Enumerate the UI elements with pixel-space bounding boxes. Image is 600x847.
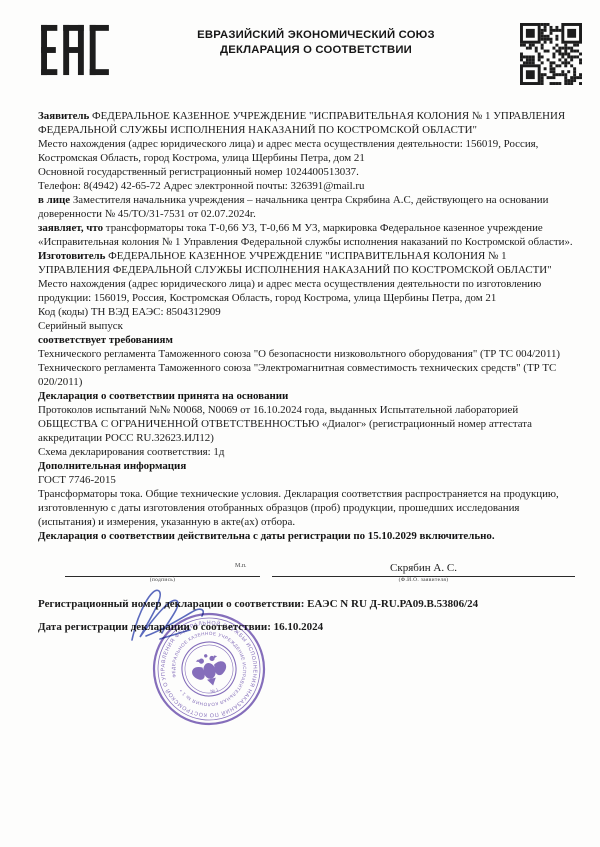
seal-place-mark: М.п. <box>235 559 247 573</box>
registration-number-value: ЕАЭС N RU Д-RU.РА09.В.53806/24 <box>307 598 478 610</box>
document-title-line2: ДЕКЛАРАЦИЯ О СООТВЕТСТВИИ <box>112 43 520 58</box>
signatory-name: Скрябин А. С. <box>272 562 575 575</box>
basis-heading-text: Декларация о соответствии принята на осн… <box>38 390 288 402</box>
basis-text: Протоколов испытаний №№ N0068, N0069 от … <box>38 403 575 445</box>
basis-heading: Декларация о соответствии принята на осн… <box>38 389 575 403</box>
complies-heading: соответствует требованиям <box>38 333 575 347</box>
registration-date-line: Дата регистрации декларации о соответств… <box>38 620 575 634</box>
regulation-item: Технического регламента Таможенного союз… <box>38 347 575 361</box>
document-body: Заявитель ФЕДЕРАЛЬНОЕ КАЗЕННОЕ УЧРЕЖДЕНИ… <box>0 85 600 634</box>
declares-text: трансформаторы тока Т-0,66 У3, Т-0,66 М … <box>38 222 573 248</box>
manufacturer-name: ФЕДЕРАЛЬНОЕ КАЗЕННОЕ УЧРЕЖДЕНИЕ "ИСПРАВИ… <box>38 250 552 276</box>
stamp-inner-ring-text: ФЕДЕРАЛЬНОЕ КАЗЕННОЕ УЧРЕЖДЕНИЕ ИСПРАВИТ… <box>163 623 255 715</box>
applicant-label: Заявитель <box>38 110 89 122</box>
applicant-address: Место нахождения (адрес юридического лиц… <box>38 137 575 165</box>
applicant-contacts: Телефон: 8(4942) 42-65-72 Адрес электрон… <box>38 179 575 193</box>
additional-heading: Дополнительная информация <box>38 459 575 473</box>
declares-paragraph: заявляет, что трансформаторы тока Т-0,66… <box>38 221 575 249</box>
declaration-document-page: ЕВРАЗИЙСКИЙ ЭКОНОМИЧЕСКИЙ СОЮЗ ДЕКЛАРАЦИ… <box>0 0 600 847</box>
scheme-line: Схема декларирования соответствия: 1д <box>38 445 575 459</box>
serial-issue: Серийный выпуск <box>38 319 575 333</box>
signature-caption: (подпись) <box>65 577 260 584</box>
applicant-ogrn: Основной государственный регистрационный… <box>38 165 575 179</box>
representative-label: в лице <box>38 194 70 206</box>
qr-code <box>520 23 582 85</box>
applicant-paragraph: Заявитель ФЕДЕРАЛЬНОЕ КАЗЕННОЕ УЧРЕЖДЕНИ… <box>38 109 575 137</box>
validity-line: Декларация о соответствии действительна … <box>38 529 575 543</box>
stamp-center-mark: № 1 <box>210 687 220 694</box>
registration-date-label: Дата регистрации декларации о соответств… <box>38 621 271 633</box>
complies-heading-text: соответствует требованиям <box>38 334 173 346</box>
regulation-item: Технического регламента Таможенного союз… <box>38 361 575 389</box>
representative-text: Заместителя начальника учреждения – нача… <box>38 194 548 220</box>
registration-date-value: 16.10.2024 <box>274 621 324 633</box>
additional-heading-text: Дополнительная информация <box>38 460 186 472</box>
double-headed-eagle-emblem <box>188 650 230 690</box>
tnved-code: Код (коды) ТН ВЭД ЕАЭС: 8504312909 <box>38 305 575 319</box>
eac-logo-icon <box>38 22 112 78</box>
registration-number-line: Регистрационный номер декларации о соотв… <box>38 597 575 611</box>
gost-line: ГОСТ 7746-2015 <box>38 473 575 487</box>
signature-block: (подпись) М.п. Скрябин А. С. (Ф.И.О. зая… <box>38 550 575 584</box>
signatory-caption: (Ф.И.О. заявителя) <box>272 577 575 584</box>
additional-text: Трансформаторы тока. Общие технические у… <box>38 487 575 529</box>
document-header: ЕВРАЗИЙСКИЙ ЭКОНОМИЧЕСКИЙ СОЮЗ ДЕКЛАРАЦИ… <box>0 0 600 85</box>
document-title-line1: ЕВРАЗИЙСКИЙ ЭКОНОМИЧЕСКИЙ СОЮЗ <box>112 28 520 43</box>
registration-number-label: Регистрационный номер декларации о соотв… <box>38 598 304 610</box>
applicant-name: ФЕДЕРАЛЬНОЕ КАЗЕННОЕ УЧРЕЖДЕНИЕ "ИСПРАВИ… <box>38 110 565 136</box>
validity-text: Декларация о соответствии действительна … <box>38 530 495 542</box>
declares-label: заявляет, что <box>38 222 103 234</box>
representative-paragraph: в лице Заместителя начальника учреждения… <box>38 193 575 221</box>
manufacturer-paragraph: Изготовитель ФЕДЕРАЛЬНОЕ КАЗЕННОЕ УЧРЕЖД… <box>38 249 575 277</box>
signature-field: (подпись) <box>65 576 260 584</box>
document-title: ЕВРАЗИЙСКИЙ ЭКОНОМИЧЕСКИЙ СОЮЗ ДЕКЛАРАЦИ… <box>112 22 520 59</box>
signatory-field: Скрябин А. С. (Ф.И.О. заявителя) <box>272 562 575 584</box>
manufacturer-address: Место нахождения (адрес юридического лиц… <box>38 277 575 305</box>
manufacturer-label: Изготовитель <box>38 250 105 262</box>
